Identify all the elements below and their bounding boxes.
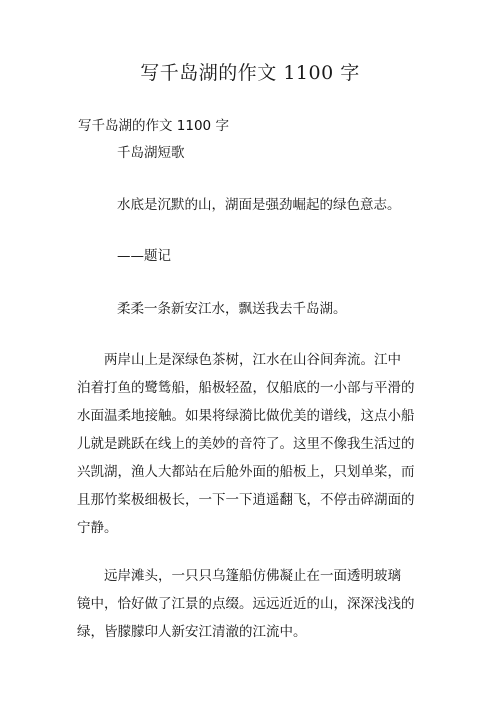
epigraph-source: ——题记 (117, 247, 171, 265)
epigraph: 水底是沉默的山，湖面是强劲崛起的绿色意志。 (117, 196, 401, 214)
document-page: 写千岛湖的作文 1100 字 写千岛湖的作文 1100 字 千岛湖短歌 水底是沉… (0, 0, 500, 707)
paragraph-line: 泊着打鱼的鹭鸶船，船极轻盈，仅船底的一小部与平滑的 (77, 374, 422, 402)
paragraph-line: 镜中，恰好做了江景的点缀。远远近近的山，深深浅浅的 (77, 590, 422, 618)
paragraph-line: 远岸滩头，一只只乌篷船仿佛凝止在一面透明玻璃 (77, 562, 422, 590)
document-subtitle: 写千岛湖的作文 1100 字 (78, 117, 229, 135)
paragraph-line: 兴凯湖，渔人大都站在后舱外面的船板上，只划单桨，而 (77, 458, 422, 486)
paragraph-line: 绿，皆朦朦印人新安江清澈的江流中。 (77, 618, 422, 646)
paragraph-line: 两岸山上是深绿色茶树，江水在山谷间奔流。江中 (77, 346, 422, 374)
paragraph-line: 儿就是跳跃在线上的美妙的音符了。这里不像我生活过的 (77, 430, 422, 458)
paragraph-line: 水面温柔地接触。如果将绿漪比做优美的谱线，这点小船 (77, 402, 422, 430)
paragraph-line: 宁静。 (77, 514, 422, 542)
paragraph-1: 两岸山上是深绿色茶树，江水在山谷间奔流。江中 泊着打鱼的鹭鸶船，船极轻盈，仅船底… (77, 346, 422, 542)
opening-line: 柔柔一条新安江水，飘送我去千岛湖。 (117, 300, 347, 318)
poem-title: 千岛湖短歌 (117, 144, 185, 162)
document-title: 写千岛湖的作文 1100 字 (0, 58, 500, 85)
paragraph-2: 远岸滩头，一只只乌篷船仿佛凝止在一面透明玻璃 镜中，恰好做了江景的点缀。远远近近… (77, 562, 422, 646)
paragraph-line: 且那竹桨极细极长，一下一下逍遥翻飞，不停击碎湖面的 (77, 486, 422, 514)
